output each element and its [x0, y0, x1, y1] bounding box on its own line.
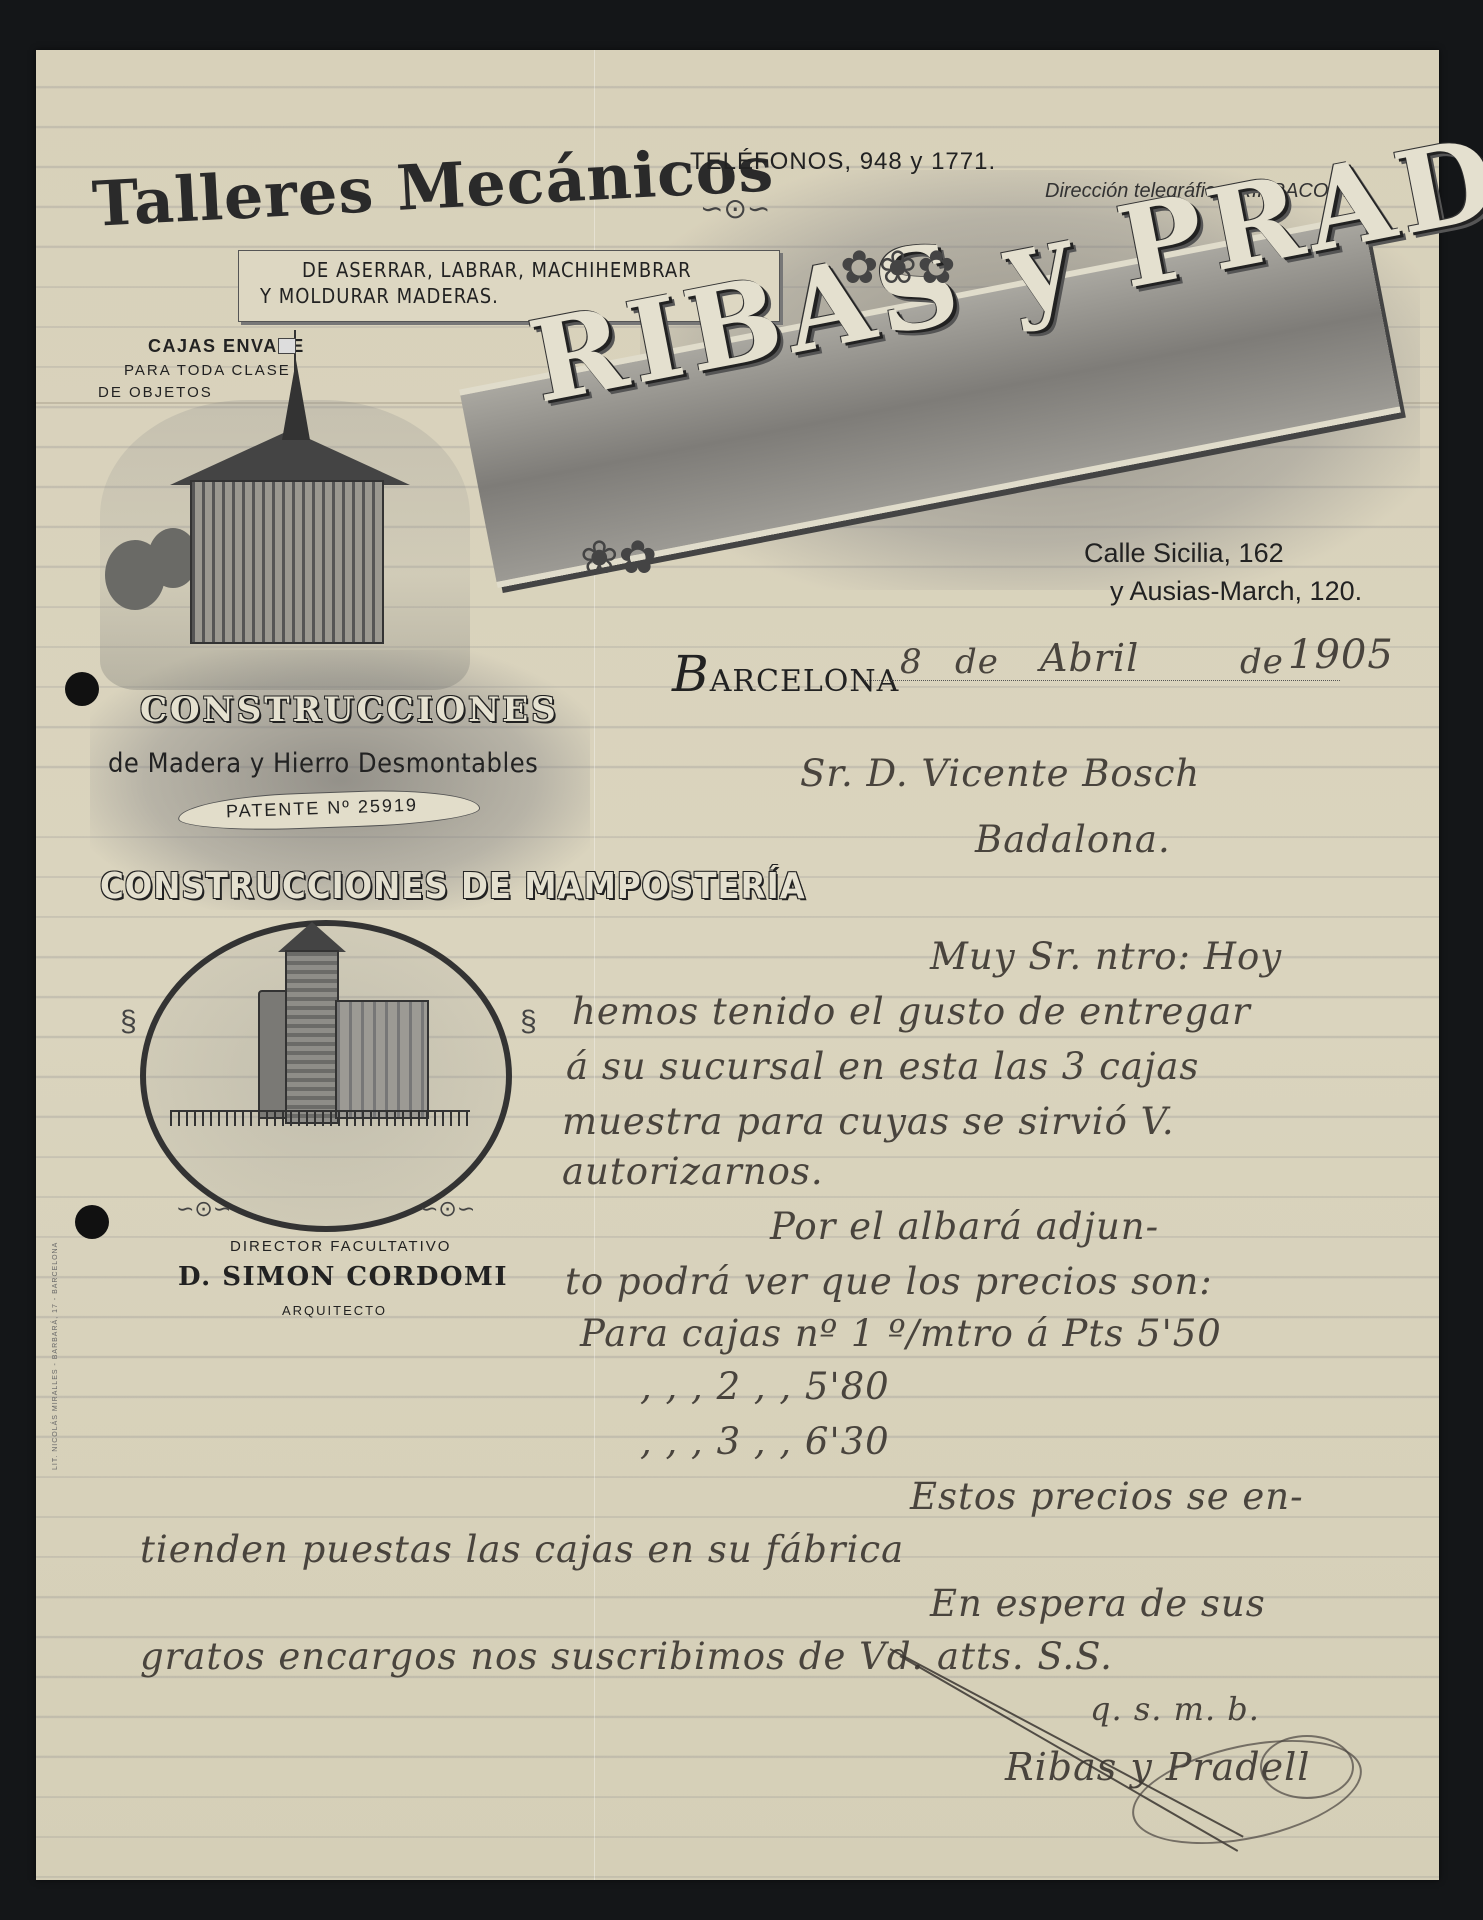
director-label: DIRECTOR FACULTATIVO: [230, 1238, 451, 1255]
flower-ornament-icon: ✿❀✿: [840, 240, 956, 294]
letter-line: Por el albará adjun-: [770, 1205, 1159, 1248]
printer-credit: LIT. NICOLÁS MIRALLES - BARBARÁ, 17 - BA…: [52, 1242, 59, 1470]
scroll-ornament-icon: ∽⊙∽: [176, 1196, 231, 1222]
scroll-ornament-icon: ∽⊙∽: [700, 192, 770, 225]
date-day: 8: [900, 642, 923, 682]
letter-line: Estos precios se en-: [910, 1475, 1304, 1518]
letter-line: gratos encargos nos suscribimos de Vd. a…: [140, 1635, 1113, 1678]
boxes-line-2: PARA TODA CLASE: [124, 362, 291, 379]
chalet-spire: [282, 360, 310, 440]
address-line-1: Calle Sicilia, 162: [1084, 538, 1284, 569]
masonry-title: CONSTRUCCIONES DE MAMPOSTERÍA: [100, 866, 806, 907]
salutation: Muy Sr. ntro: Hoy: [930, 935, 1282, 978]
addressee-town: Badalona.: [975, 818, 1171, 861]
boxes-line-3: DE OBJETOS: [98, 384, 213, 401]
scroll-ornament-icon: §: [520, 1005, 537, 1039]
address-line-2: y Ausias-March, 120.: [1110, 576, 1362, 607]
letter-line: autorizarnos.: [562, 1150, 824, 1193]
letter-line: á su sucursal en esta las 3 cajas: [566, 1045, 1199, 1088]
constructions-subtitle: de Madera y Hierro Desmontables: [108, 748, 538, 779]
phone-numbers: TELÉFONOS, 948 y 1771.: [690, 148, 996, 176]
date-de-1: de: [955, 642, 999, 682]
closing-abbrev: q. s. m. b.: [1090, 1690, 1260, 1728]
date-month: Abril: [1040, 636, 1139, 680]
price-row: , , , 2 , , 5'80: [640, 1365, 890, 1408]
constructions-title: CONSTRUCCIONES: [140, 690, 559, 730]
letter-line: En espera de sus: [930, 1582, 1266, 1625]
flower-ornament-icon: ❀✿: [580, 530, 657, 584]
price-row: , , , 3 , , 6'30: [640, 1420, 890, 1463]
letter-line: to podrá ver que los precios son:: [565, 1260, 1213, 1303]
flag-icon: [278, 338, 296, 354]
chalet-body: [190, 480, 384, 644]
punch-hole-bottom: [75, 1205, 109, 1239]
director-title: ARQUITECTO: [282, 1303, 387, 1318]
price-row: Para cajas nº 1 º/mtro á Pts 5'50: [580, 1312, 1222, 1355]
date-year: 1905: [1288, 632, 1394, 678]
scroll-ornament-icon: §: [120, 1005, 137, 1039]
city-initial: B: [672, 645, 710, 703]
city-name: BARCELONA: [672, 645, 899, 703]
castle-wing: [335, 1000, 429, 1119]
services-line-2: Y MOLDURAR MADERAS.: [260, 284, 499, 308]
letter-line: tienden puestas las cajas en su fábrica: [140, 1528, 904, 1571]
city-rest: ARCELONA: [710, 664, 900, 699]
castle-roof: [278, 922, 346, 952]
castle-fence: [170, 1110, 470, 1126]
letter-line: muestra para cuyas se sirvió V.: [562, 1100, 1175, 1143]
date-de-2: de: [1240, 642, 1284, 682]
castle-tower: [285, 950, 339, 1124]
scroll-ornament-icon: ∽⊙∽: [420, 1196, 475, 1222]
director-name: D. SIMON CORDOMI: [178, 1262, 508, 1292]
addressee: Sr. D. Vicente Bosch: [800, 752, 1200, 795]
signature-loop: [1260, 1735, 1354, 1799]
letter-line: hemos tenido el gusto de entregar: [572, 990, 1251, 1033]
